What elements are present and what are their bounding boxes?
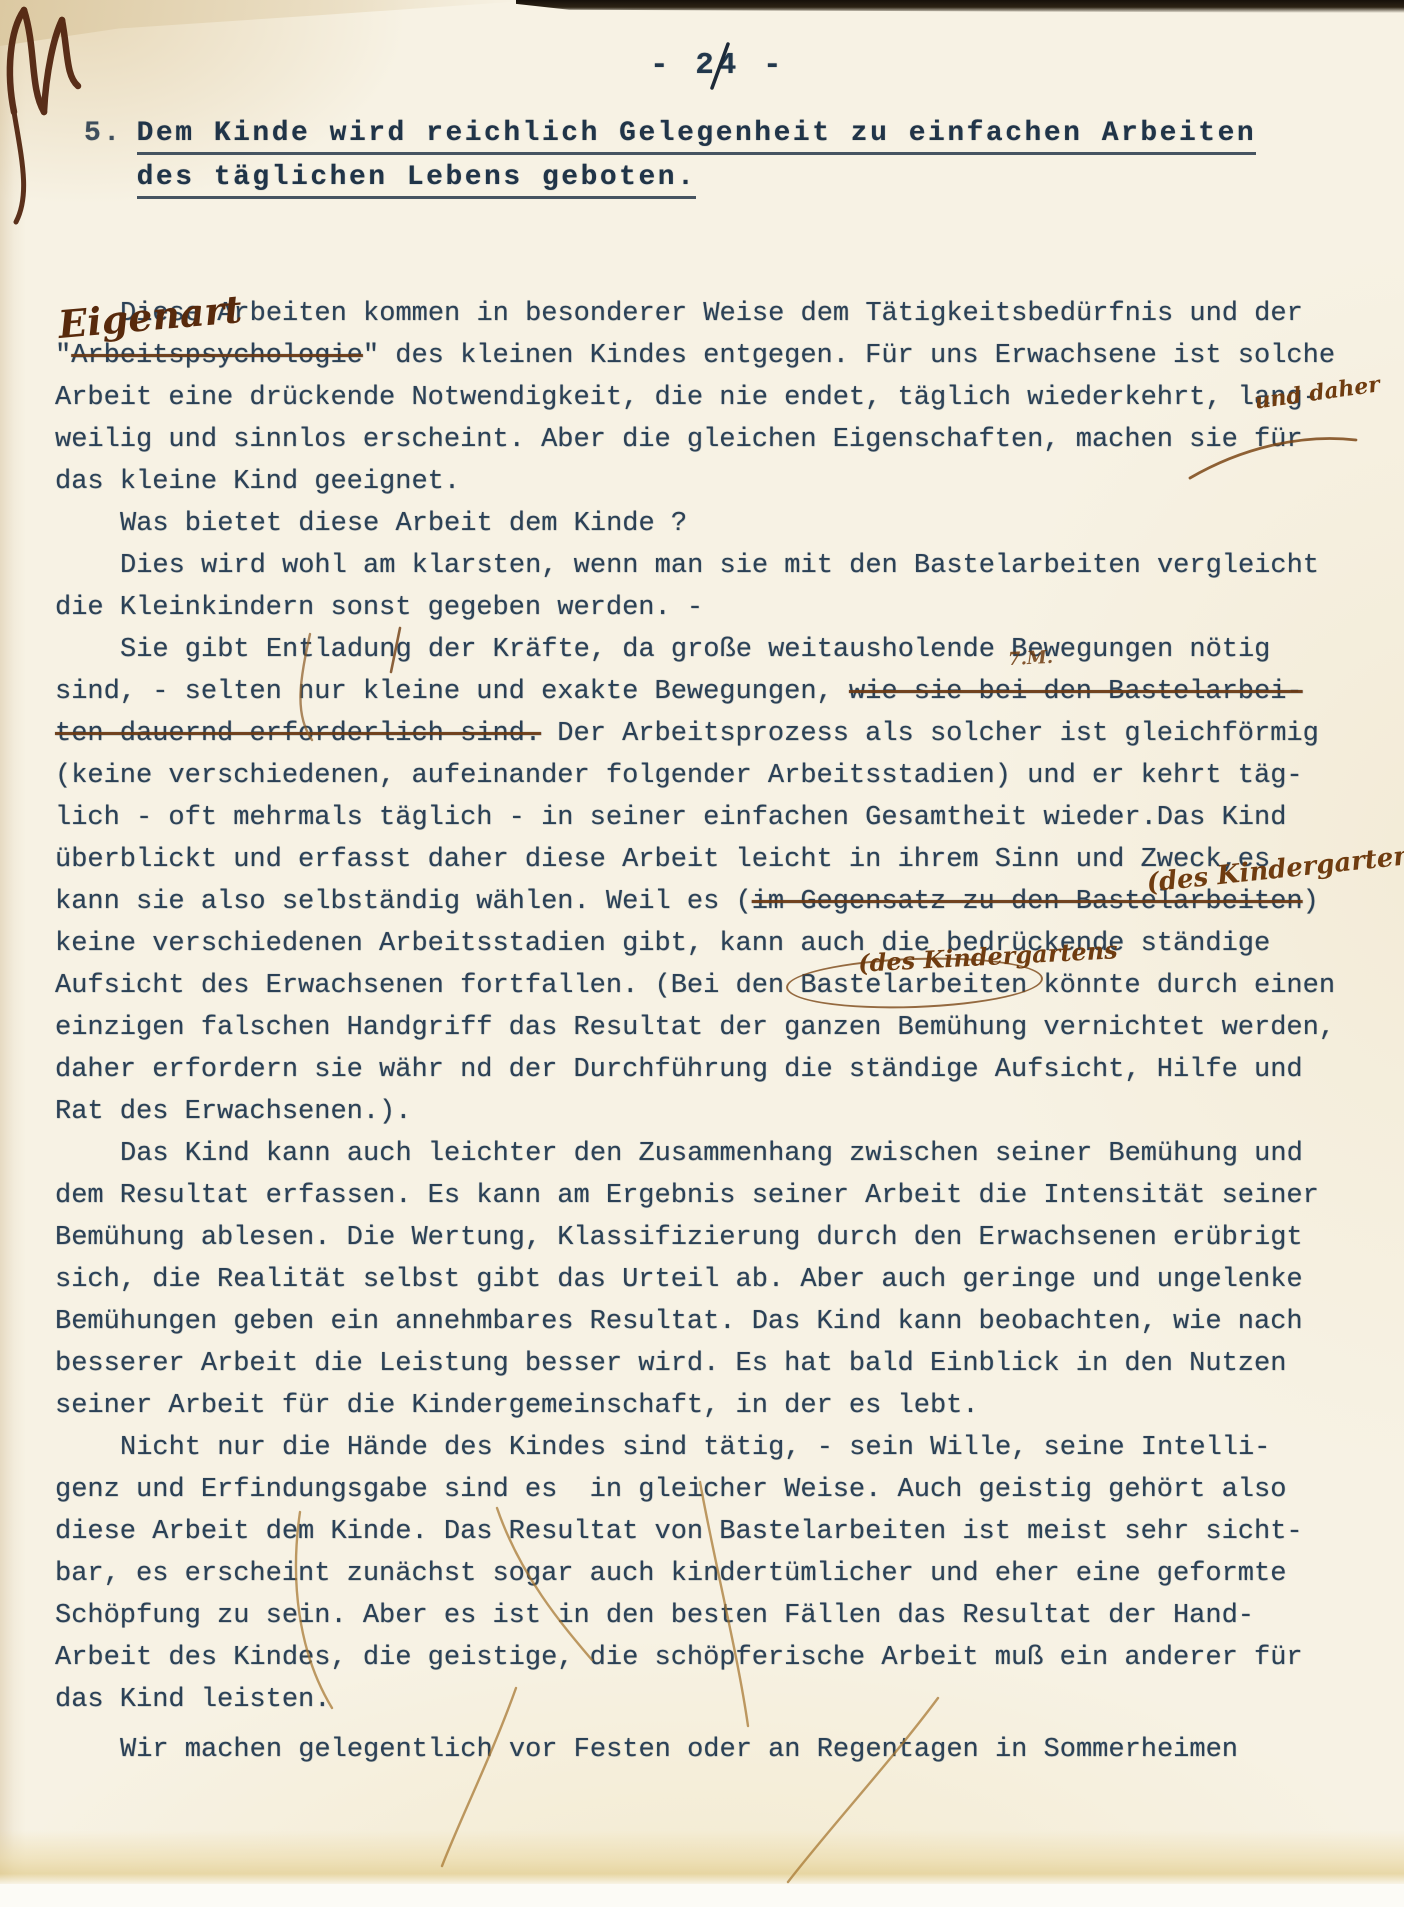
text-segment: könnte durch einen [1027, 971, 1335, 1001]
text-segment: Wir machen gelegentlich vor Festen oder … [120, 1735, 1238, 1765]
typed-line: lich - oft mehrmals täglich - in seiner … [55, 797, 1367, 839]
text-segment: Schöpfung zu sein. Aber es ist in den be… [55, 1601, 1254, 1631]
text-segment: Nicht nur die Hände des Kindes sind täti… [120, 1433, 1270, 1463]
typed-line: sich, die Realität selbst gibt das Urtei… [55, 1259, 1367, 1301]
text-segment: sich, die Realität selbst gibt das Urtei… [55, 1265, 1303, 1295]
page-number: - 24 - [650, 48, 786, 83]
text-segment: ) [1303, 887, 1319, 917]
typed-line: die Kleinkindern sonst gegeben werden. - [55, 587, 1367, 629]
typed-line: besserer Arbeit die Leistung besser wird… [55, 1343, 1367, 1385]
scanned-document-page: - 24 - 5.Dem Kinde wird reichlich Gelege… [0, 0, 1404, 1907]
text-segment: seiner Arbeit für die Kindergemeinschaft… [55, 1391, 979, 1421]
typed-line: Bemühungen geben ein annehmbares Resulta… [55, 1301, 1367, 1343]
text-segment: Arbeit eine drückende Notwendigkeit, die… [55, 383, 1319, 413]
typed-line: Nicht nur die Hände des Kindes sind täti… [55, 1427, 1367, 1469]
text-segment: Arbeit des Kindes, die geistige, die sch… [55, 1643, 1303, 1673]
typed-line: das Kind leisten. [55, 1679, 1367, 1721]
text-segment: genz und Erfindungsgabe sind es in gleic… [55, 1475, 1286, 1505]
strikethrough-segment: Arbeitspsychologie [71, 341, 363, 371]
text-segment: Bemühungen geben ein annehmbares Resulta… [55, 1307, 1303, 1337]
typed-line: (keine verschiedenen, aufeinander folgen… [55, 755, 1367, 797]
text-segment: die Kleinkindern sonst gegeben werden. - [55, 593, 703, 623]
text-segment: diese Arbeit dem Kinde. Das Resultat von… [55, 1517, 1303, 1547]
text-segment: Rat des Erwachsenen.). [55, 1097, 411, 1127]
typed-line: Rat des Erwachsenen.). [55, 1091, 1367, 1133]
scan-shadow-top [516, 0, 1404, 13]
heading-line-2: des täglichen Lebens geboten. [137, 162, 697, 199]
typed-line: daher erfordern sie währ nd der Durchfüh… [55, 1049, 1367, 1091]
typed-line: Bemühung ablesen. Die Wertung, Klassifiz… [55, 1217, 1367, 1259]
typed-line: Was bietet diese Arbeit dem Kinde ? [55, 503, 1367, 545]
typed-line: genz und Erfindungsgabe sind es in gleic… [55, 1469, 1367, 1511]
typed-line: Dies wird wohl am klarsten, wenn man sie… [55, 545, 1367, 587]
typed-line: Arbeit eine drückende Notwendigkeit, die… [55, 377, 1367, 419]
typed-line: Diese Arbeiten kommen in besonderer Weis… [55, 293, 1367, 335]
section-heading: 5.Dem Kinde wird reichlich Gelegenheit z… [84, 112, 1256, 200]
typed-line: weilig und sinnlos erscheint. Aber die g… [55, 419, 1367, 461]
typed-line: seiner Arbeit für die Kindergemeinschaft… [55, 1385, 1367, 1427]
typed-line: ten dauernd erforderlich sind. Der Arbei… [55, 713, 1367, 755]
text-segment: Diese Arbeiten kommen in besonderer Weis… [120, 299, 1303, 329]
typed-line: einzigen falschen Handgriff das Resultat… [55, 1007, 1367, 1049]
text-segment: Aufsicht des Erwachsenen fortfallen. (Be… [55, 971, 800, 1001]
typed-line: keine verschiedenen Arbeitsstadien gibt,… [55, 923, 1367, 965]
text-segment: sind, - selten nur kleine und exakte Bew… [55, 677, 849, 707]
typed-line: diese Arbeit dem Kinde. Das Resultat von… [55, 1511, 1367, 1553]
text-segment: überblickt und erfasst daher diese Arbei… [55, 845, 1270, 875]
typed-line: sind, - selten nur kleine und exakte Bew… [55, 671, 1367, 713]
text-segment: " des kleinen Kindes entgegen. Für uns E… [363, 341, 1335, 371]
text-segment: lich - oft mehrmals täglich - in seiner … [55, 803, 1286, 833]
typed-line: "Arbeitspsychologie" des kleinen Kindes … [55, 335, 1367, 377]
heading-line-1: Dem Kinde wird reichlich Gelegenheit zu … [137, 118, 1257, 155]
typed-line: dem Resultat erfassen. Es kann am Ergebn… [55, 1175, 1367, 1217]
typed-line: Schöpfung zu sein. Aber es ist in den be… [55, 1595, 1367, 1637]
text-segment: Dies wird wohl am klarsten, wenn man sie… [120, 551, 1319, 581]
typed-line: Wir machen gelegentlich vor Festen oder … [55, 1729, 1367, 1771]
text-segment: (keine verschiedenen, aufeinander folgen… [55, 761, 1303, 791]
text-segment: kann sie also selbständig wählen. Weil e… [55, 887, 752, 917]
text-segment: besserer Arbeit die Leistung besser wird… [55, 1349, 1286, 1379]
scan-margin-bottom [0, 1884, 1404, 1907]
strikethrough-segment: ten dauernd erforderlich sind. [55, 719, 541, 749]
text-segment: weilig und sinnlos erscheint. Aber die g… [55, 425, 1303, 455]
section-number: 5. [84, 118, 123, 149]
text-segment: einzigen falschen Handgriff das Resultat… [55, 1013, 1335, 1043]
text-segment: Bemühung ablesen. Die Wertung, Klassifiz… [55, 1223, 1303, 1253]
text-segment: bar, es erscheint zunächst sogar auch ki… [55, 1559, 1286, 1589]
text-segment: das kleine Kind geeignet. [55, 467, 460, 497]
text-segment: daher erfordern sie währ nd der Durchfüh… [55, 1055, 1303, 1085]
typed-line: Das Kind kann auch leichter den Zusammen… [55, 1133, 1367, 1175]
text-segment: Sie gibt Entladung der Kräfte, da große … [120, 635, 1270, 665]
text-segment: dem Resultat erfassen. Es kann am Ergebn… [55, 1181, 1319, 1211]
text-segment: das Kind leisten. [55, 1685, 330, 1715]
torn-paper-edge [0, 0, 540, 46]
strikethrough-segment: im Gegensatz zu den Bastelarbeiten [752, 887, 1303, 917]
typed-line: bar, es erscheint zunächst sogar auch ki… [55, 1553, 1367, 1595]
typed-line: Arbeit des Kindes, die geistige, die sch… [55, 1637, 1367, 1679]
paper-stain-bottom [0, 1830, 1404, 1886]
typed-line: Aufsicht des Erwachsenen fortfallen. (Be… [55, 965, 1367, 1007]
text-segment: Was bietet diese Arbeit dem Kinde ? [120, 509, 687, 539]
typed-line: Sie gibt Entladung der Kräfte, da große … [55, 629, 1367, 671]
text-segment: Das Kind kann auch leichter den Zusammen… [120, 1139, 1303, 1169]
handwritten-margin-note: 7.M. [1007, 647, 1053, 670]
typed-line: das kleine Kind geeignet. [55, 461, 1367, 503]
strikethrough-segment: wie sie bei den Bastelarbei- [849, 677, 1303, 707]
typed-body: Diese Arbeiten kommen in besonderer Weis… [55, 293, 1367, 1771]
text-segment: Der Arbeitsprozess als solcher ist gleic… [541, 719, 1319, 749]
